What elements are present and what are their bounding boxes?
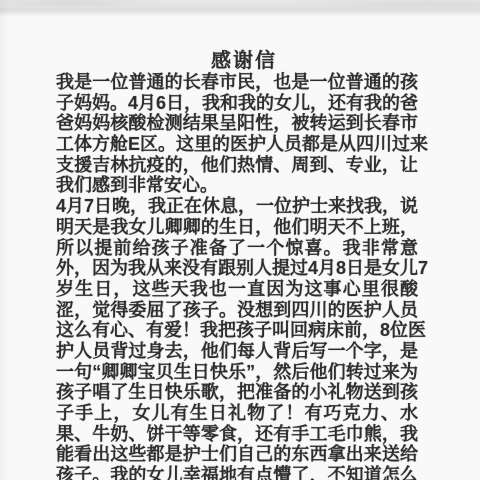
letter-line: 一句“卿卿宝贝生日快乐”，然后他们转过来为 bbox=[56, 362, 418, 383]
letter-line: 果、牛奶、饼干等零食，还有手工毛巾熊，我 bbox=[56, 424, 418, 445]
letter-line: 4月7日晚，我正在休息，一位护士来找我，说 bbox=[56, 196, 418, 217]
photo-top-edge bbox=[0, 0, 480, 17]
letter-line: 这么有心、有爱！我把孩子叫回病床前，8位医 bbox=[56, 320, 418, 341]
letter-line: 涩，觉得委屈了孩子。没想到四川的医护人员 bbox=[56, 300, 418, 321]
letter-line: 护人员背过身去，他们每人背后写一个字，是 bbox=[56, 341, 418, 362]
letter-line: 外，因为我从来没有跟别人提过4月8日是女儿7 bbox=[56, 258, 418, 279]
letter-line: 能看出这些都是护士们自己的东西拿出来送给 bbox=[56, 444, 418, 465]
letter-line: 我们感到非常安心。 bbox=[56, 175, 418, 196]
letter-photo: 感谢信 我是一位普通的长春市民，也是一位普通的孩 子妈妈。4月6日，我和我的女儿… bbox=[0, 0, 480, 480]
photo-left-shade bbox=[0, 0, 10, 480]
letter-line: 岁生日，这些天我也一直因为这事心里很酸 bbox=[56, 279, 418, 300]
letter-line: 我是一位普通的长春市民，也是一位普通的孩 bbox=[56, 72, 418, 93]
letter-title: 感谢信 bbox=[56, 50, 418, 72]
letter-body: 感谢信 我是一位普通的长春市民，也是一位普通的孩 子妈妈。4月6日，我和我的女儿… bbox=[56, 50, 418, 480]
letter-line: 明天是我女儿卿卿的生日，他们明天不上班， bbox=[56, 217, 418, 238]
letter-line: 子妈妈。4月6日，我和我的女儿，还有我的爸 bbox=[56, 93, 418, 114]
letter-line: 工体方舱E区。这里的医护人员都是从四川过来 bbox=[56, 134, 418, 155]
letter-line: 孩子。我的女儿幸福地有点懵了，不知道怎么 bbox=[56, 465, 418, 480]
letter-line: 子手上，女儿有生日礼物了！有巧克力、水 bbox=[56, 403, 418, 424]
letter-line: 所以提前给孩子准备了一个惊喜。我非常意 bbox=[56, 238, 418, 259]
letter-line: 爸妈妈核酸检测结果呈阳性，被转运到长春市 bbox=[56, 113, 418, 134]
letter-line: 孩子唱了生日快乐歌，把准备的小礼物送到孩 bbox=[56, 382, 418, 403]
letter-line: 支援吉林抗疫的，他们热情、周到、专业，让 bbox=[56, 155, 418, 176]
